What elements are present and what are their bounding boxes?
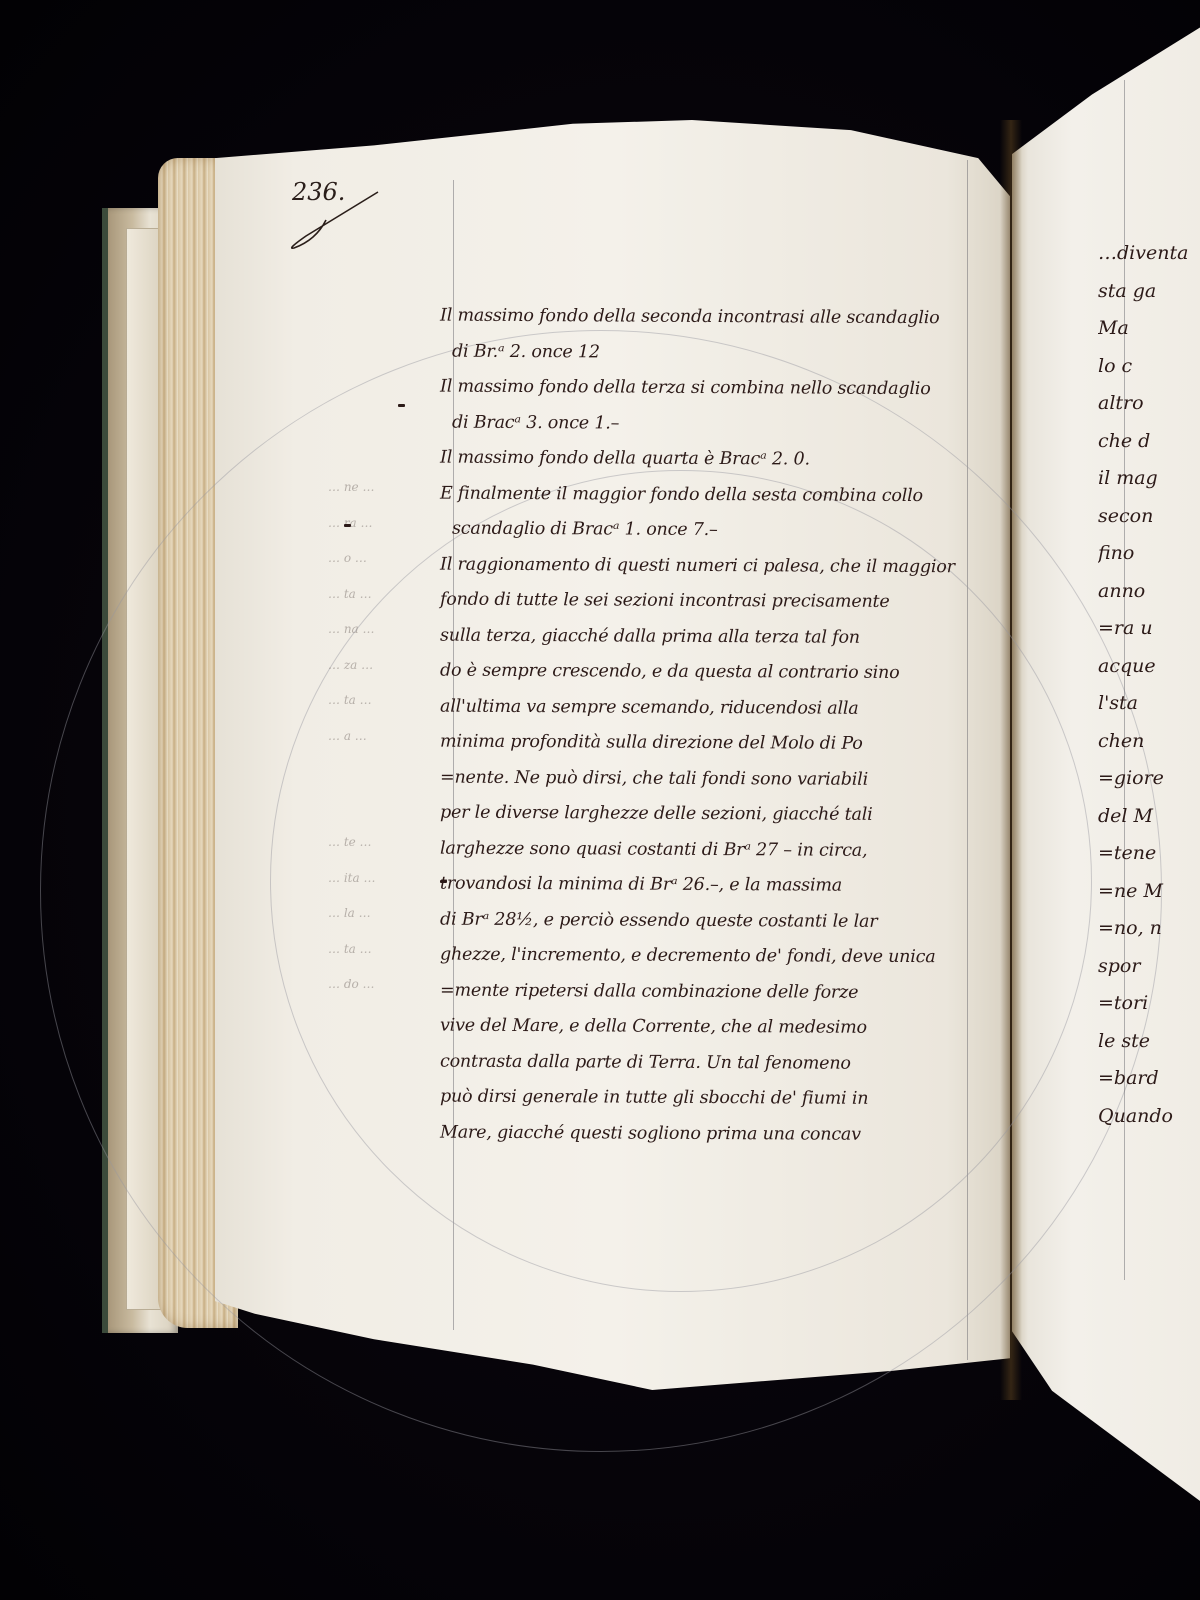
text-line: il mag [1098,460,1200,498]
text-line: contrasta dalla parte di Terra. Un tal f… [440,1044,980,1082]
text-line: =ne M [1098,873,1200,911]
text-line: all'ultima va sempre scemando, riducendo… [440,689,980,727]
text-line: di Bracᵃ 3. once 1.– [440,405,980,443]
bleed-note: … o … [328,541,438,577]
text-line: Il massimo fondo della seconda incontras… [440,299,980,337]
text-line: lo c [1098,348,1200,386]
bleed-note: … ta … [328,683,438,719]
text-line: anno [1098,573,1200,611]
page-number-flourish [286,188,386,254]
text-line: le ste [1098,1023,1200,1061]
text-line: =tori [1098,985,1200,1023]
text-line: …diventa [1098,235,1200,273]
text-line: fondo di tutte le sei sezioni incontrasi… [440,583,980,621]
manuscript-photo: 236. … ne … … ra … … o … … ta … … na … …… [0,0,1200,1600]
text-line: minima profondità sulla direzione del Mo… [440,725,980,763]
bleed-note: … te … [328,825,438,861]
text-line: Quando [1098,1098,1200,1136]
text-line: Il raggionamento di questi numeri ci pal… [440,547,980,585]
text-line: =tene [1098,835,1200,873]
text-line: Il massimo fondo della quarta è Bracᵃ 2.… [440,441,980,479]
text-line: trovandosi la minima di Brᵃ 26.–, e la m… [440,867,980,905]
bleed-note: … na … [328,612,438,648]
text-line: =giore [1098,760,1200,798]
text-line: =mente ripetersi dalla combinazione dell… [440,973,980,1011]
text-line: Mare, giacché questi sogliono prima una … [440,1115,980,1153]
text-line: sulla terza, giacché dalla prima alla te… [440,618,980,656]
text-line: per le diverse larghezze delle sezioni, … [440,796,980,834]
bleed-note: … ta … [328,932,438,968]
margin-mark [344,524,351,527]
text-line: Ma [1098,310,1200,348]
margin-mark [398,404,405,407]
bleed-note: … la … [328,896,438,932]
bleed-note: … ne … [328,470,438,506]
text-line: Il massimo fondo della terza si combina … [440,370,980,408]
bleed-through-notes: … ne … … ra … … o … … ta … … na … … za …… [328,470,438,1003]
text-line: spor [1098,948,1200,986]
text-line: può dirsi generale in tutte gli sbocchi … [440,1080,980,1118]
text-line: fino [1098,535,1200,573]
bleed-note: … ta … [328,577,438,613]
text-line: di Br.ᵃ 2. once 12 [440,334,980,372]
text-line: che d [1098,423,1200,461]
bleed-note [328,790,438,826]
bleed-note: … za … [328,648,438,684]
bleed-note: … ita … [328,861,438,897]
text-line: =ra u [1098,610,1200,648]
text-line: scandaglio di Bracᵃ 1. once 7.– [440,512,980,550]
text-line: E finalmente il maggior fondo della sest… [440,476,980,514]
text-line: del M [1098,798,1200,836]
text-line: sta ga [1098,273,1200,311]
text-line: vive del Mare, e della Corrente, che al … [440,1009,980,1047]
text-line: altro [1098,385,1200,423]
bleed-note [328,754,438,790]
bleed-note: … do … [328,967,438,1003]
text-line: chen [1098,723,1200,761]
text-line: larghezze sono quasi costanti di Brᵃ 27 … [440,831,980,869]
text-line: secon [1098,498,1200,536]
text-line: acque [1098,648,1200,686]
text-line: =bard [1098,1060,1200,1098]
right-page-text: …diventa sta ga Ma lo c altro che d il m… [1098,235,1200,1135]
text-line: =no, n [1098,910,1200,948]
text-line: ghezze, l'incremento, e decremento de' f… [440,938,980,976]
text-line: =nente. Ne può dirsi, che tali fondi son… [440,760,980,798]
manuscript-body: Il massimo fondo della seconda incontras… [440,300,980,1152]
bleed-note: … a … [328,719,438,755]
text-line: l'sta [1098,685,1200,723]
text-line: do è sempre crescendo, e da questa al co… [440,654,980,692]
spine-gutter [1000,120,1022,1400]
text-line: di Brᵃ 28½, e perciò essendo queste cost… [440,902,980,940]
